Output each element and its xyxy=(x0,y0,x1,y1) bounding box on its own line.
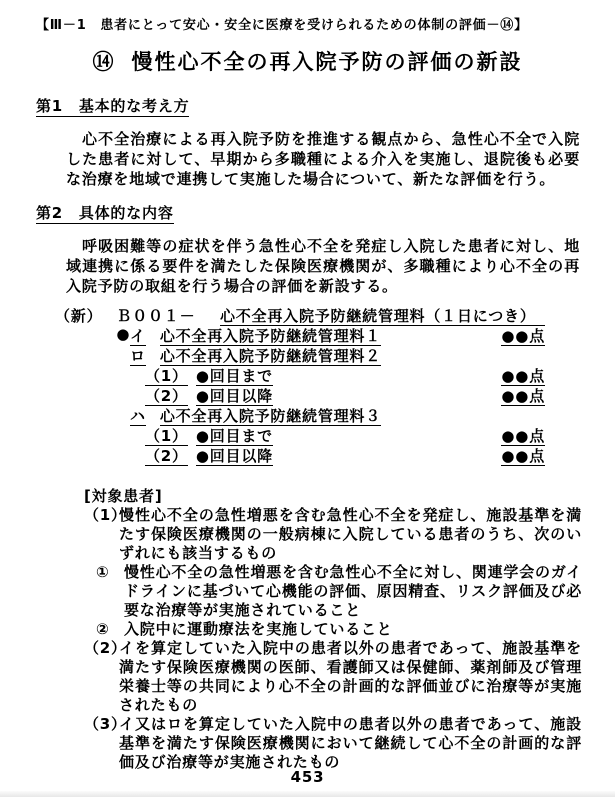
fee-row-points: ●●点 xyxy=(501,447,545,466)
fee-row-points: ●●点 xyxy=(501,367,545,386)
list-item: （1） 慢性心不全の急性増悪を含む急性心不全を発症し、施設基準を満たす保険医療機… xyxy=(84,506,582,563)
fee-row: ロ 心不全再入院予防継続管理料２ xyxy=(55,347,545,367)
list-item-marker: （1） xyxy=(84,506,119,563)
target-patients-heading: [対象患者] xyxy=(84,487,582,506)
fee-row-label: 心不全再入院予防継続管理料３ xyxy=(160,407,381,426)
new-item-label: （新） xyxy=(55,307,102,325)
title-text: 慢性心不全の再入院予防の評価の新設 xyxy=(132,50,523,74)
page-edge-strip xyxy=(0,791,615,797)
fee-row-marker: イ xyxy=(130,327,146,346)
fee-row-points: ●●点 xyxy=(501,387,545,406)
fee-row-marker: （2） xyxy=(145,387,188,406)
fee-row: ハ 心不全再入院予防継続管理料３ xyxy=(55,407,545,427)
list-item: （3） イ又はロを算定していた入院中の患者以外の患者であって、施設基準を満たす保… xyxy=(84,715,582,772)
list-item: （2） イを算定していた入院中の患者以外の患者であって、施設基準を満たす保険医療… xyxy=(84,639,582,715)
list-item-text: 入院中に運動療法を実施していること xyxy=(124,620,582,639)
fee-row-points: ●●点 xyxy=(501,427,545,446)
fee-row-points: ●●点 xyxy=(501,327,545,346)
section1-heading: 第1 基本的な考え方 xyxy=(36,97,189,117)
fee-row-label: 心不全再入院予防継続管理料２ xyxy=(160,347,381,366)
list-item: ① 慢性心不全の急性増悪を含む急性心不全に対し、関連学会のガイドラインに基づいて… xyxy=(96,563,582,620)
fee-row-label: ●回目まで xyxy=(196,367,273,386)
list-item: ② 入院中に運動療法を実施していること xyxy=(96,620,582,639)
list-item-text: イ又はロを算定していた入院中の患者以外の患者であって、施設基準を満たす保険医療機… xyxy=(119,715,582,772)
target-patients-section: [対象患者] （1） 慢性心不全の急性増悪を含む急性心不全を発症し、施設基準を満… xyxy=(84,487,582,772)
page-number: 453 xyxy=(0,768,615,786)
fee-row: （1） ●回目まで ●●点 xyxy=(55,367,545,387)
section2-body: 呼吸困難等の症状を伴う急性心不全を発症し入院した患者に対し、地域連携に係る要件を… xyxy=(66,236,580,296)
fee-title: 心不全再入院予防継続管理料（１日につき） xyxy=(220,307,545,326)
fee-row-marker: （1） xyxy=(145,427,188,446)
fee-table-header-row: （新） Ｂ００１－● 心不全再入院予防継続管理料（１日につき） xyxy=(55,307,545,327)
chapter-tag: 【Ⅲ－1 患者にとって安心・安全に医療を受けられるための体制の評価－⑭】 xyxy=(36,0,615,34)
title-circled-number: ⑭ xyxy=(93,50,116,74)
list-item-marker: （2） xyxy=(84,639,119,715)
list-item-marker: （3） xyxy=(84,715,119,772)
page-title: ⑭慢性心不全の再入院予防の評価の新設 xyxy=(0,48,615,76)
fee-row-marker: （2） xyxy=(145,447,188,466)
fee-row: （2） ●回目以降 ●●点 xyxy=(55,447,545,467)
list-item-marker: ② xyxy=(96,620,124,639)
list-item-marker: ① xyxy=(96,563,124,620)
section1-body: 心不全治療による再入院予防を推進する観点から、急性心不全で入院した患者に対して、… xyxy=(66,129,580,189)
fee-row-marker: （1） xyxy=(145,367,188,386)
fee-row-label: ●回目まで xyxy=(196,427,273,446)
list-item-text: 慢性心不全の急性増悪を含む急性心不全を発症し、施設基準を満たす保険医療機関の一般… xyxy=(119,506,582,563)
fee-row-label: 心不全再入院予防継続管理料１ xyxy=(160,327,381,346)
fee-row-marker: ロ xyxy=(130,347,146,366)
fee-table: （新） Ｂ００１－● 心不全再入院予防継続管理料（１日につき） イ 心不全再入院… xyxy=(55,307,545,467)
fee-row: （1） ●回目まで ●●点 xyxy=(55,427,545,447)
fee-row: （2） ●回目以降 ●●点 xyxy=(55,387,545,407)
fee-row-label: ●回目以降 xyxy=(196,447,273,466)
fee-row-marker: ハ xyxy=(130,407,146,426)
list-item-text: 慢性心不全の急性増悪を含む急性心不全に対し、関連学会のガイドラインに基づいて心機… xyxy=(124,563,582,620)
list-item-text: イを算定していた入院中の患者以外の患者であって、施設基準を満たす保険医療機関の医… xyxy=(119,639,582,715)
section2-heading: 第2 具体的な内容 xyxy=(36,204,174,224)
fee-row-label: ●回目以降 xyxy=(196,387,273,406)
document-page: 【Ⅲ－1 患者にとって安心・安全に医療を受けられるための体制の評価－⑭】 ⑭慢性… xyxy=(0,0,615,797)
